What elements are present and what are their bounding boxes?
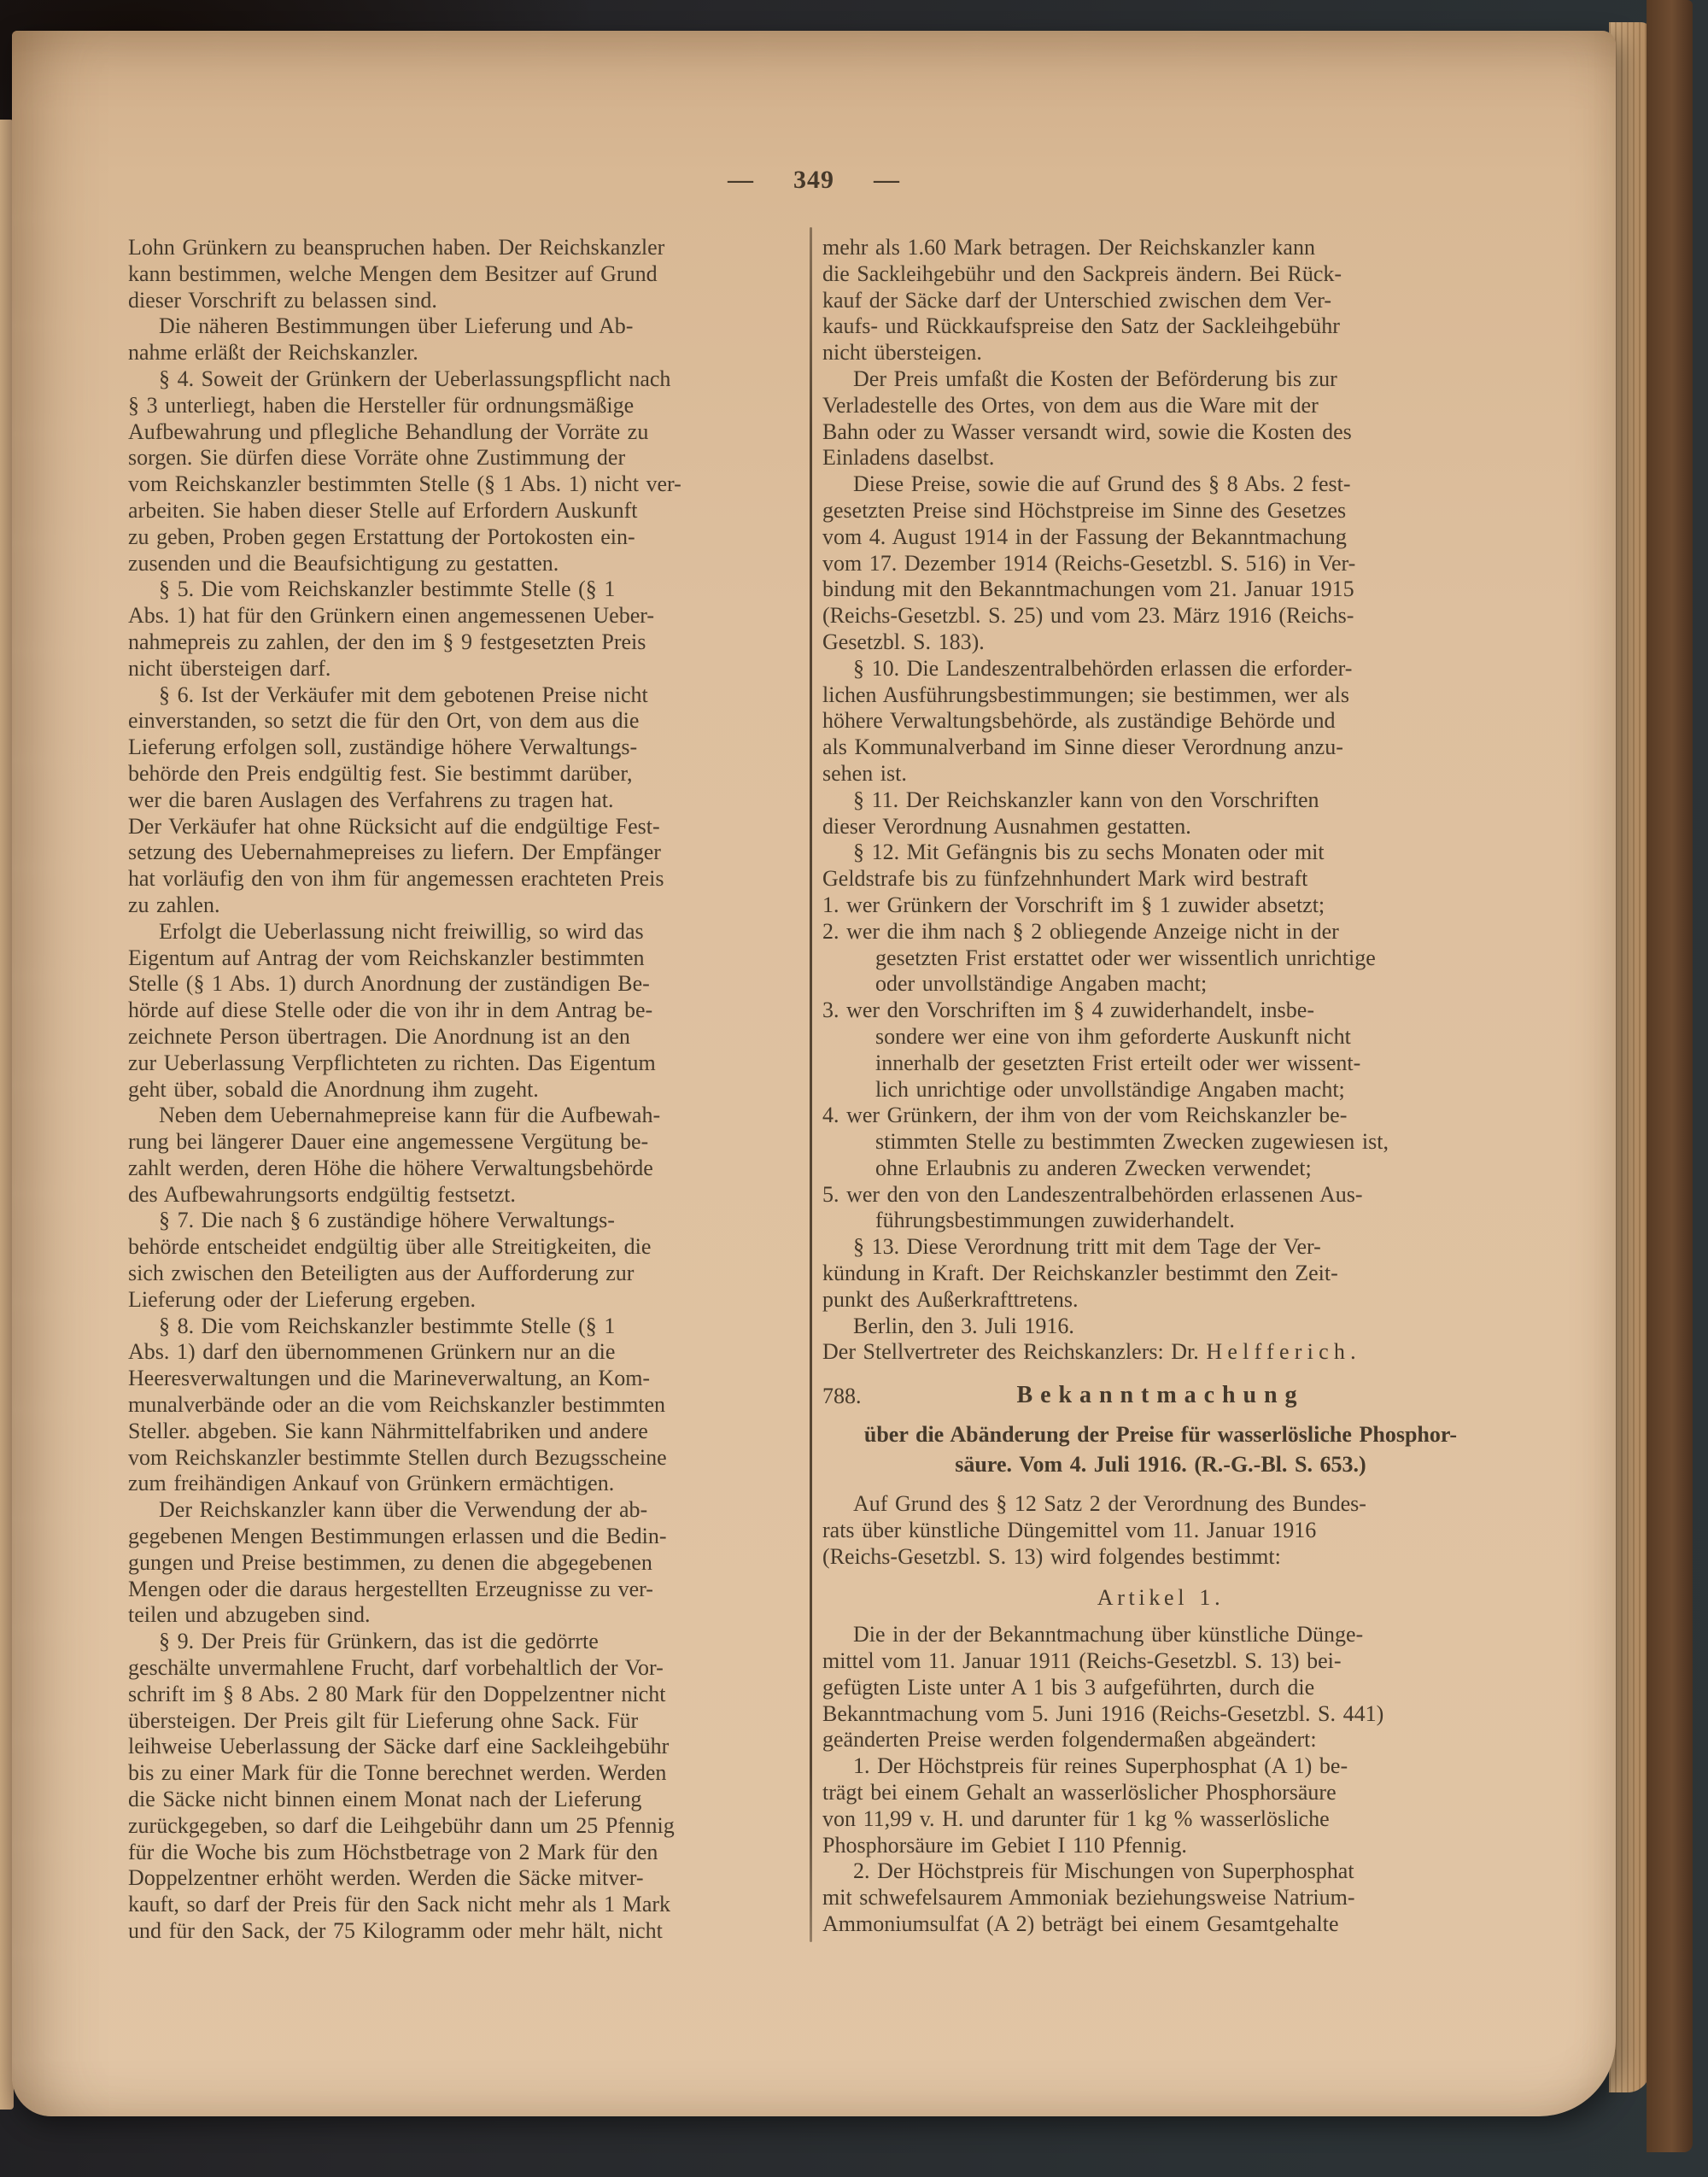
book-page: — 349 — Lohn Grünkern zu beanspruchen ha… bbox=[12, 31, 1616, 2116]
paragraph: Die in der der Bekanntmachung über künst… bbox=[822, 1622, 1499, 1753]
paragraph: § 12. Mit Gefängnis bis zu sechs Monaten… bbox=[822, 840, 1499, 892]
left-column: Lohn Grünkern zu beanspruchen haben. Der… bbox=[128, 235, 813, 1945]
header-dash-right: — bbox=[874, 167, 900, 194]
paragraph: Neben dem Uebernahmepreise kann für die … bbox=[128, 1103, 813, 1208]
page-number-header: — 349 — bbox=[12, 167, 1616, 194]
page-number: 349 bbox=[793, 167, 834, 194]
date-line: Berlin, den 3. Juli 1916. bbox=[822, 1314, 1499, 1340]
paragraph: Erfolgt die Ueberlassung nicht freiwilli… bbox=[128, 919, 813, 1103]
paragraph: § 10. Die Landeszentralbehörden erlassen… bbox=[822, 656, 1499, 787]
paragraph: Lohn Grünkern zu beanspruchen haben. Der… bbox=[128, 235, 813, 313]
list-item: 5. wer den von den Landeszentralbehörden… bbox=[822, 1182, 1499, 1235]
paragraph: § 4. Soweit der Grünkern der Ueberlassun… bbox=[128, 366, 813, 576]
penalty-list: 1. wer Grünkern der Vorschrift im § 1 zu… bbox=[822, 892, 1499, 1234]
paragraph: Der Preis umfaßt die Kosten der Beförder… bbox=[822, 366, 1499, 471]
article-heading: Artikel 1. bbox=[822, 1585, 1499, 1612]
header-dash-left: — bbox=[728, 167, 754, 194]
signature-line: Der Stellvertreter des Reichskanzlers: D… bbox=[822, 1339, 1499, 1366]
paragraph: Auf Grund des § 12 Satz 2 der Verordnung… bbox=[822, 1491, 1499, 1570]
paragraph: § 5. Die vom Reichskanzler bestimmte Ste… bbox=[128, 576, 813, 682]
paragraph: § 6. Ist der Verkäufer mit dem gebotenen… bbox=[128, 682, 813, 919]
paragraph: 1. Der Höchstpreis für reines Superphosp… bbox=[822, 1753, 1499, 1858]
right-column: mehr als 1.60 Mark betragen. Der Reichsk… bbox=[822, 235, 1499, 1938]
signature-name: Helfferich. bbox=[1206, 1339, 1361, 1364]
paragraph: § 11. Der Reichskanzler kann von den Vor… bbox=[822, 787, 1499, 840]
announcement-subtitle: über die Abänderung der Preise für wasse… bbox=[822, 1419, 1499, 1479]
signature-prefix: Der Stellvertreter des Reichskanzlers: D… bbox=[822, 1339, 1206, 1364]
paragraph: § 9. Der Preis für Grünkern, das ist die… bbox=[128, 1629, 813, 1945]
announcement-number: 788. bbox=[822, 1384, 862, 1410]
paragraph: Die näheren Bestimmungen über Lieferung … bbox=[128, 313, 813, 366]
paragraph: Diese Preise, sowie die auf Grund des § … bbox=[822, 471, 1499, 656]
announcement-title: Bekanntmachung bbox=[1016, 1382, 1304, 1408]
photo-backdrop: — 349 — Lohn Grünkern zu beanspruchen ha… bbox=[0, 0, 1708, 2177]
list-item: 3. wer den Vorschriften im § 4 zuwiderha… bbox=[822, 998, 1499, 1103]
paragraph: § 7. Die nach § 6 zuständige höhere Verw… bbox=[128, 1208, 813, 1313]
paragraph: 2. Der Höchstpreis für Mischungen von Su… bbox=[822, 1858, 1499, 1937]
paragraph: Der Reichskanzler kann über die Verwendu… bbox=[128, 1497, 813, 1629]
list-item: 4. wer Grünkern, der ihm von der vom Rei… bbox=[822, 1103, 1499, 1181]
paragraph: § 13. Diese Verordnung tritt mit dem Tag… bbox=[822, 1234, 1499, 1313]
list-item: 1. wer Grünkern der Vorschrift im § 1 zu… bbox=[822, 892, 1499, 919]
list-item: 2. wer die ihm nach § 2 obliegende Anzei… bbox=[822, 919, 1499, 998]
announcement-heading: 788. Bekanntmachung bbox=[822, 1383, 1499, 1409]
paragraph: mehr als 1.60 Mark betragen. Der Reichsk… bbox=[822, 235, 1499, 366]
paragraph: § 8. Die vom Reichskanzler bestimmte Ste… bbox=[128, 1314, 813, 1498]
book-cover-edge bbox=[1647, 0, 1693, 2152]
